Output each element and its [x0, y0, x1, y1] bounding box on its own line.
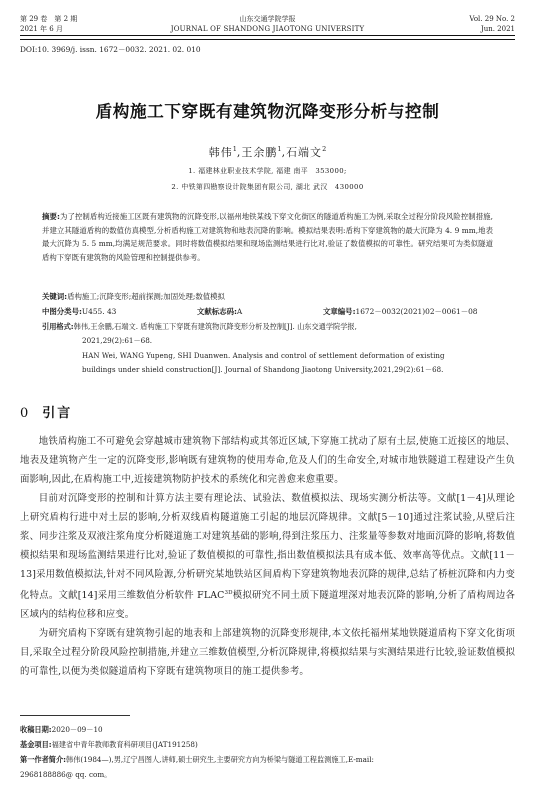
- citation-format: 引用格式:韩伟,王余鹏,石端文. 盾构施工下穿既有建筑物沉降变形分析及控制[J]…: [42, 320, 493, 377]
- section-number: 0: [20, 406, 28, 421]
- fund-project: 基金项目:福建省中青年教师教育科研项目(JAT191258): [20, 737, 515, 752]
- fund-project-label: 基金项目:: [20, 740, 52, 749]
- abstract: 摘要:为了控制盾构近接施工区既有建筑物的沉降变形,以福州地铁某线下穿文化街区的隧…: [42, 210, 493, 264]
- volume-issue-en: Vol. 29 No. 2 Jun. 2021: [469, 14, 515, 34]
- author-list: 韩伟1,王余鹏1,石端文2: [0, 144, 535, 160]
- received-date-label: 收稿日期:: [20, 725, 52, 734]
- citation-en-line-2: buildings under shield construction[J]. …: [42, 363, 493, 377]
- citation-en-line-1: HAN Wei, WANG Yupeng, SHI Duanwen. Analy…: [42, 349, 493, 363]
- document-code-value: A: [237, 307, 242, 316]
- first-author-value: 韩伟(1984—),男,辽宁昌图人,讲师,硕士研究生,主要研究方向为桥梁与隧道工…: [66, 755, 374, 764]
- paragraph: 地铁盾构施工不可避免会穿越城市建筑物下部结构或其邻近区域,下穿施工扰动了原有土层…: [20, 432, 515, 489]
- issue-date-en: Jun. 2021: [469, 24, 515, 34]
- doi[interactable]: DOI:10. 3969/j. issn. 1672－0032. 2021. 0…: [20, 44, 201, 55]
- keywords-text: 盾构施工;沉降变形;超前探测;加固处理;数值模拟: [67, 292, 225, 301]
- paragraph: 为研究盾构下穿既有建筑物引起的地表和上部建筑物的沉降变形规律,本文依托福州某地铁…: [20, 624, 515, 681]
- article-number-value: 1672－0032(2021)02－0061－08: [356, 307, 478, 316]
- keywords: 关键词:盾构施工;沉降变形;超前探测;加固处理;数值模拟: [42, 290, 493, 304]
- abstract-text: 为了控制盾构近接施工区既有建筑物的沉降变形,以福州地铁某线下穿文化街区的隧道盾构…: [42, 212, 493, 262]
- volume-number-en: Vol. 29 No. 2: [469, 14, 515, 24]
- abstract-label: 摘要:: [42, 212, 60, 221]
- section-title: 引言: [42, 406, 72, 421]
- citation-cn-line-2: 2021,29(2):61－68.: [42, 334, 493, 348]
- author-name: 韩伟: [209, 146, 233, 159]
- journal-name-en: JOURNAL OF SHANDONG JIAOTONG UNIVERSITY: [20, 24, 515, 34]
- author-name: 王余鹏: [241, 146, 277, 159]
- citation-label: 引用格式:: [42, 322, 74, 331]
- article-title: 盾构施工下穿既有建筑物沉降变形分析与控制: [0, 98, 535, 122]
- citation-cn-line-1: 韩伟,王余鹏,石端文. 盾构施工下穿既有建筑物沉降变形分析及控制[J]. 山东交…: [74, 322, 357, 331]
- author-email[interactable]: 2968188886@ qq. com。: [20, 767, 515, 782]
- document-code-label: 文献标志码:: [197, 307, 237, 316]
- clc-label: 中图分类号:: [42, 307, 82, 316]
- header-rule-thin: [20, 39, 515, 40]
- affiliation-2: 2. 中铁第四勘察设计院集团有限公司, 湖北 武汉 430000: [0, 181, 535, 191]
- fund-project-value: 福建省中青年教师教育科研项目(JAT191258): [52, 740, 198, 749]
- keywords-label: 关键词:: [42, 292, 67, 301]
- section-heading-introduction: 0引言: [20, 402, 72, 421]
- paragraph: 目前对沉降变形的控制和计算方法主要有理论法、试验法、数值模拟法、现场实测分析法等…: [20, 489, 515, 624]
- clc-number: 中图分类号:U455. 43: [42, 305, 116, 319]
- article-number: 文章编号:1672－0032(2021)02－0061－08: [323, 305, 478, 319]
- paragraph-text: 目前对沉降变形的控制和计算方法主要有理论法、试验法、数值模拟法、现场实测分析法等…: [20, 493, 515, 601]
- affiliation-mark: 2: [322, 145, 326, 153]
- received-date-value: 2020－09－10: [52, 725, 103, 734]
- header-rule-thick: [20, 35, 515, 36]
- journal-page: 第 29 卷 第 2 期 2021 年 6 月 山东交通学院学报 JOURNAL…: [0, 0, 535, 792]
- article-number-label: 文章编号:: [323, 307, 356, 316]
- footnote-divider: [20, 715, 130, 716]
- document-code: 文献标志码:A: [197, 305, 242, 319]
- journal-name-cn: 山东交通学院学报: [20, 14, 515, 24]
- running-header: 第 29 卷 第 2 期 2021 年 6 月 山东交通学院学报 JOURNAL…: [20, 14, 515, 40]
- body-text: 地铁盾构施工不可避免会穿越城市建筑物下部结构或其邻近区域,下穿施工扰动了原有土层…: [20, 432, 515, 681]
- affiliation-1: 1. 福建林业职业技术学院, 福建 南平 353000;: [0, 165, 535, 175]
- first-author-bio: 第一作者简介:韩伟(1984—),男,辽宁昌图人,讲师,硕士研究生,主要研究方向…: [20, 752, 515, 767]
- clc-value: U455. 43: [82, 307, 116, 316]
- footnote: 收稿日期:2020－09－10 基金项目:福建省中青年教师教育科研项目(JAT1…: [20, 722, 515, 782]
- author-name: 石端文: [286, 146, 322, 159]
- first-author-label: 第一作者简介:: [20, 755, 66, 764]
- superscript-3d: 3D: [224, 590, 232, 596]
- journal-name: 山东交通学院学报 JOURNAL OF SHANDONG JIAOTONG UN…: [20, 14, 515, 34]
- received-date: 收稿日期:2020－09－10: [20, 722, 515, 737]
